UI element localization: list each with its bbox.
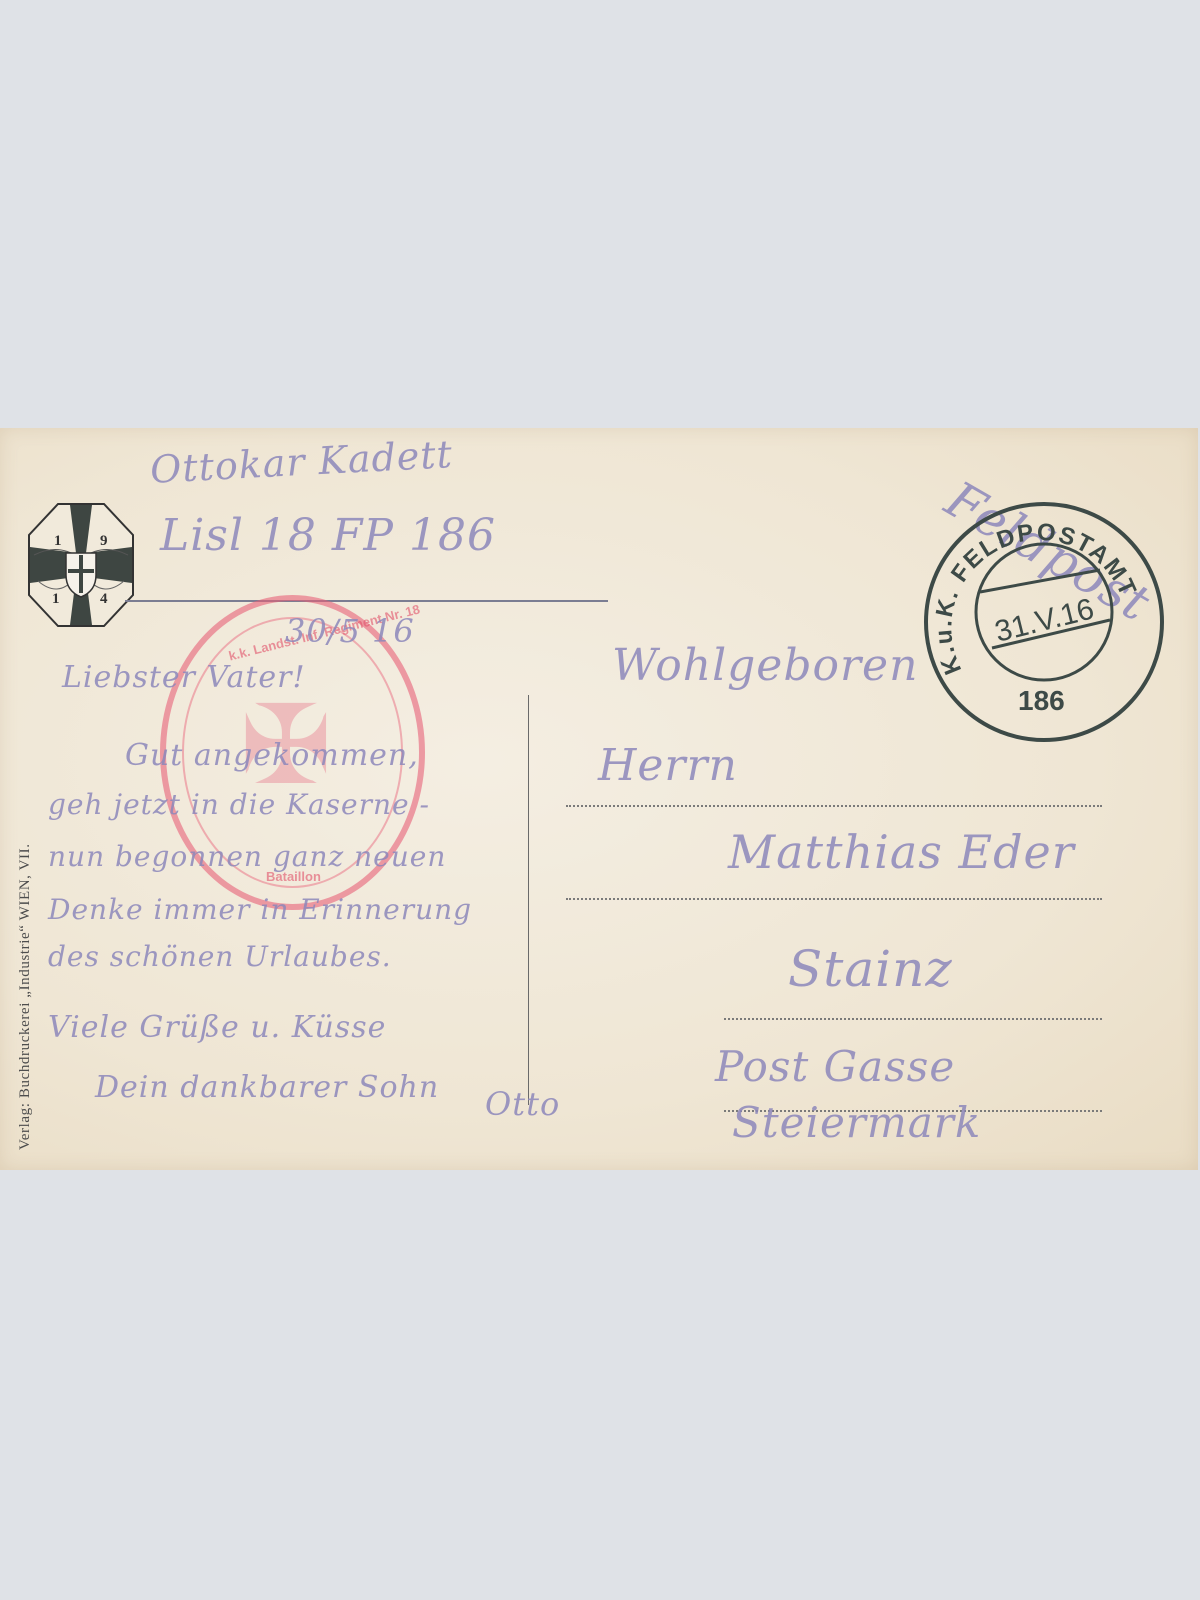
message-line: Dein dankbarer Sohn	[95, 1070, 439, 1105]
octagonal-cross-eagle-shield-emblem-icon: 1 9 1 4	[28, 503, 134, 627]
sender-rule-line	[125, 600, 608, 602]
sender-unit: Lisl 18 FP 186	[160, 510, 496, 561]
address-dotted-line	[566, 898, 1102, 900]
message-line: Liebster Vater!	[62, 660, 306, 695]
svg-text:186: 186	[1018, 685, 1065, 716]
message-line: Viele Grüße u. Küsse	[48, 1010, 386, 1045]
feldpostamt-postmark: K.u.K. FELDPOSTAMT 31.V.16 186	[922, 500, 1167, 745]
message-line: geh jetzt in die Kaserne -	[48, 788, 430, 821]
center-divider-line	[528, 695, 529, 1105]
svg-text:9: 9	[100, 533, 108, 549]
svg-text:1: 1	[54, 533, 62, 549]
svg-text:1: 1	[52, 591, 60, 607]
message-line: des schönen Urlaubes.	[48, 940, 392, 973]
address-line4: Post Gasse	[715, 1042, 955, 1091]
publisher-imprint: Verlag: Buchdruckerei „Industrie“ WIEN, …	[17, 843, 34, 1150]
message-line: Denke immer in Erinnerung	[48, 893, 472, 926]
address-name: Matthias Eder	[728, 825, 1075, 879]
address-title: Herrn	[598, 740, 738, 791]
message-line: Gut angekommen,	[125, 738, 419, 773]
address-region: Steiermark	[732, 1098, 981, 1147]
address-dotted-line	[566, 805, 1102, 807]
message-line: nun begonnen ganz neuen	[48, 840, 446, 873]
address-town: Stainz	[788, 940, 953, 998]
signature: Otto	[485, 1085, 560, 1123]
address-dotted-line	[724, 1018, 1102, 1020]
address-salutation: Wohlgeboren	[612, 640, 918, 691]
message-date: 30/5 16	[285, 612, 415, 650]
svg-text:4: 4	[100, 591, 108, 607]
svg-text:31.V.16: 31.V.16	[992, 592, 1098, 648]
